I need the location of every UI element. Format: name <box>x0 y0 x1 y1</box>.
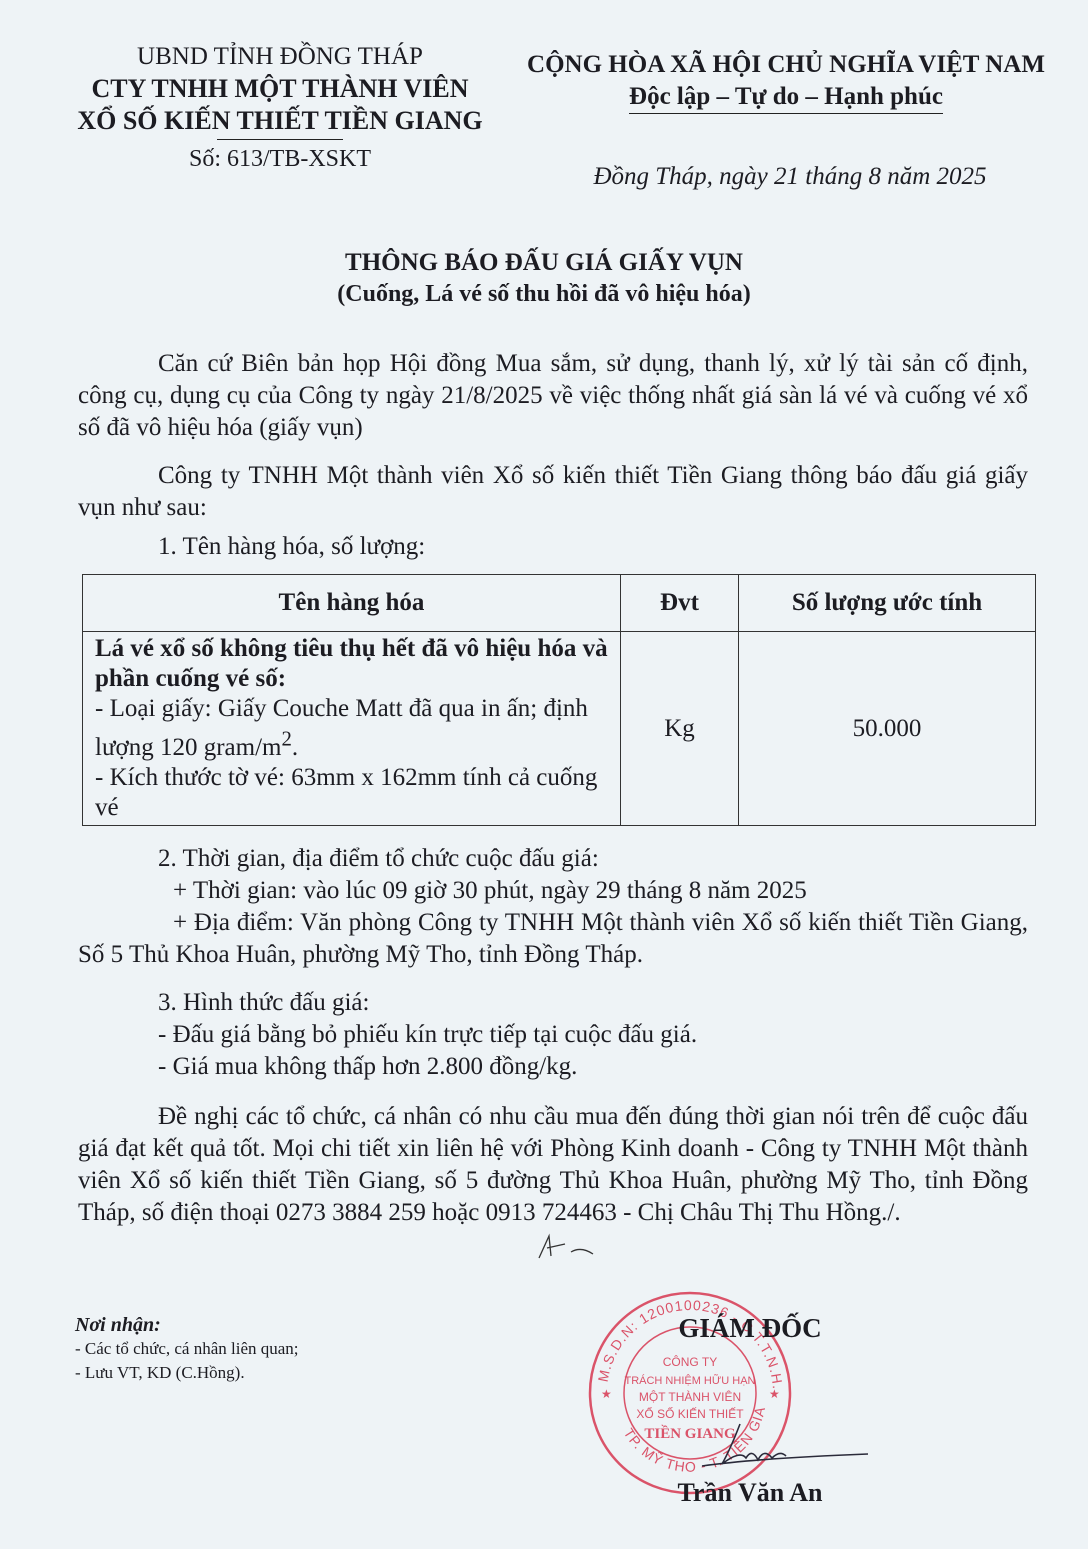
title-subtitle: (Cuống, Lá vé số thu hồi đã vô hiệu hóa) <box>0 279 1088 309</box>
svg-text:TRÁCH NHIỆM HỮU HẠN: TRÁCH NHIỆM HỮU HẠN <box>624 1374 755 1387</box>
authority-name: UBND TỈNH ĐỒNG THÁP <box>20 40 540 73</box>
signatory-name: Trần Văn An <box>590 1478 910 1508</box>
goods-table: Tên hàng hóa Đvt Số lượng ước tính Lá vé… <box>82 574 1036 826</box>
minimum-price: - Giá mua không thấp hơn 2.800 đồng/kg. <box>78 1051 1028 1083</box>
place-date: Đồng Tháp, ngày 21 tháng 8 năm 2025 <box>520 163 1060 191</box>
recipient-item: - Lưu VT, KD (C.Hồng). <box>75 1361 299 1385</box>
table-row: Lá vé xổ số không tiêu thụ hết đã vô hiệ… <box>83 632 1036 826</box>
title-main: THÔNG BÁO ĐẤU GIÁ GIẤY VỤN <box>0 247 1088 279</box>
svg-text:MỘT THÀNH VIÊN: MỘT THÀNH VIÊN <box>639 1389 741 1404</box>
paragraph-announcement: Công ty TNHH Một thành viên Xổ số kiến t… <box>78 460 1028 524</box>
header-unit: Đvt <box>621 575 739 632</box>
svg-text:XỔ SỐ KIẾN THIẾT: XỔ SỐ KIẾN THIẾT <box>636 1406 744 1421</box>
document-title: THÔNG BÁO ĐẤU GIÁ GIẤY VỤN (Cuống, Lá vé… <box>0 247 1088 309</box>
auction-place: + Địa điểm: Văn phòng Công ty TNHH Một t… <box>78 907 1028 971</box>
goods-quantity: 50.000 <box>739 632 1036 826</box>
header-divider <box>217 139 343 140</box>
table-header-row: Tên hàng hóa Đvt Số lượng ước tính <box>83 575 1036 632</box>
svg-text:CÔNG TY: CÔNG TY <box>663 1354 717 1369</box>
goods-paper-type: - Loại giấy: Giấy Couche Matt đã qua in … <box>95 695 588 761</box>
national-motto: Độc lập – Tự do – Hạnh phúc <box>629 82 943 114</box>
auction-method: - Đấu giá bằng bỏ phiếu kín trực tiếp tạ… <box>78 1019 1028 1051</box>
header-quantity: Số lượng ước tính <box>739 575 1036 632</box>
section-2: 2. Thời gian, địa điểm tổ chức cuộc đấu … <box>78 843 1028 971</box>
recipient-item: - Các tổ chức, cá nhân liên quan; <box>75 1337 299 1361</box>
document-number: Số: 613/TB-XSKT <box>20 144 540 174</box>
section-2-heading: 2. Thời gian, địa điểm tổ chức cuộc đấu … <box>78 843 1028 875</box>
goods-unit: Kg <box>621 632 739 826</box>
auction-time: + Thời gian: vào lúc 09 giờ 30 phút, ngà… <box>78 875 1028 907</box>
section-3: 3. Hình thức đấu giá: - Đấu giá bằng bỏ … <box>78 987 1028 1083</box>
goods-size: - Kích thước tờ vé: 63mm x 162mm tính cả… <box>95 764 597 821</box>
company-name-line1: CTY TNHH MỘT THÀNH VIÊN <box>20 73 540 105</box>
header-goods-name: Tên hàng hóa <box>83 575 621 632</box>
issuer-header: UBND TỈNH ĐỒNG THÁP CTY TNHH MỘT THÀNH V… <box>20 40 540 174</box>
signatory-title: GIÁM ĐỐC <box>590 1313 910 1344</box>
paragraph-contact: Đề nghị các tổ chức, cá nhân có nhu cầu … <box>78 1101 1028 1229</box>
svg-text:★: ★ <box>601 1387 612 1401</box>
goods-description: Lá vé xổ số không tiêu thụ hết đã vô hiệ… <box>83 632 621 826</box>
recipients-heading: Nơi nhận: <box>75 1313 299 1337</box>
nation-name: CỘNG HÒA XÃ HỘI CHỦ NGHĨA VIỆT NAM <box>495 48 1077 82</box>
national-header: CỘNG HÒA XÃ HỘI CHỦ NGHĨA VIỆT NAM Độc l… <box>495 48 1077 114</box>
goods-name: Lá vé xổ số không tiêu thụ hết đã vô hiệ… <box>95 635 608 692</box>
initial-mark-icon <box>535 1232 595 1262</box>
section-3-heading: 3. Hình thức đấu giá: <box>78 987 1028 1019</box>
signature-icon <box>700 1420 870 1480</box>
svg-text:★: ★ <box>769 1387 780 1401</box>
section-1-heading: 1. Tên hàng hóa, số lượng: <box>158 531 958 563</box>
company-name-line2: XỔ SỐ KIẾN THIẾT TIỀN GIANG <box>20 105 540 137</box>
recipients-block: Nơi nhận: - Các tổ chức, cá nhân liên qu… <box>75 1313 299 1385</box>
paragraph-basis: Căn cứ Biên bản họp Hội đồng Mua sắm, sử… <box>78 348 1028 444</box>
